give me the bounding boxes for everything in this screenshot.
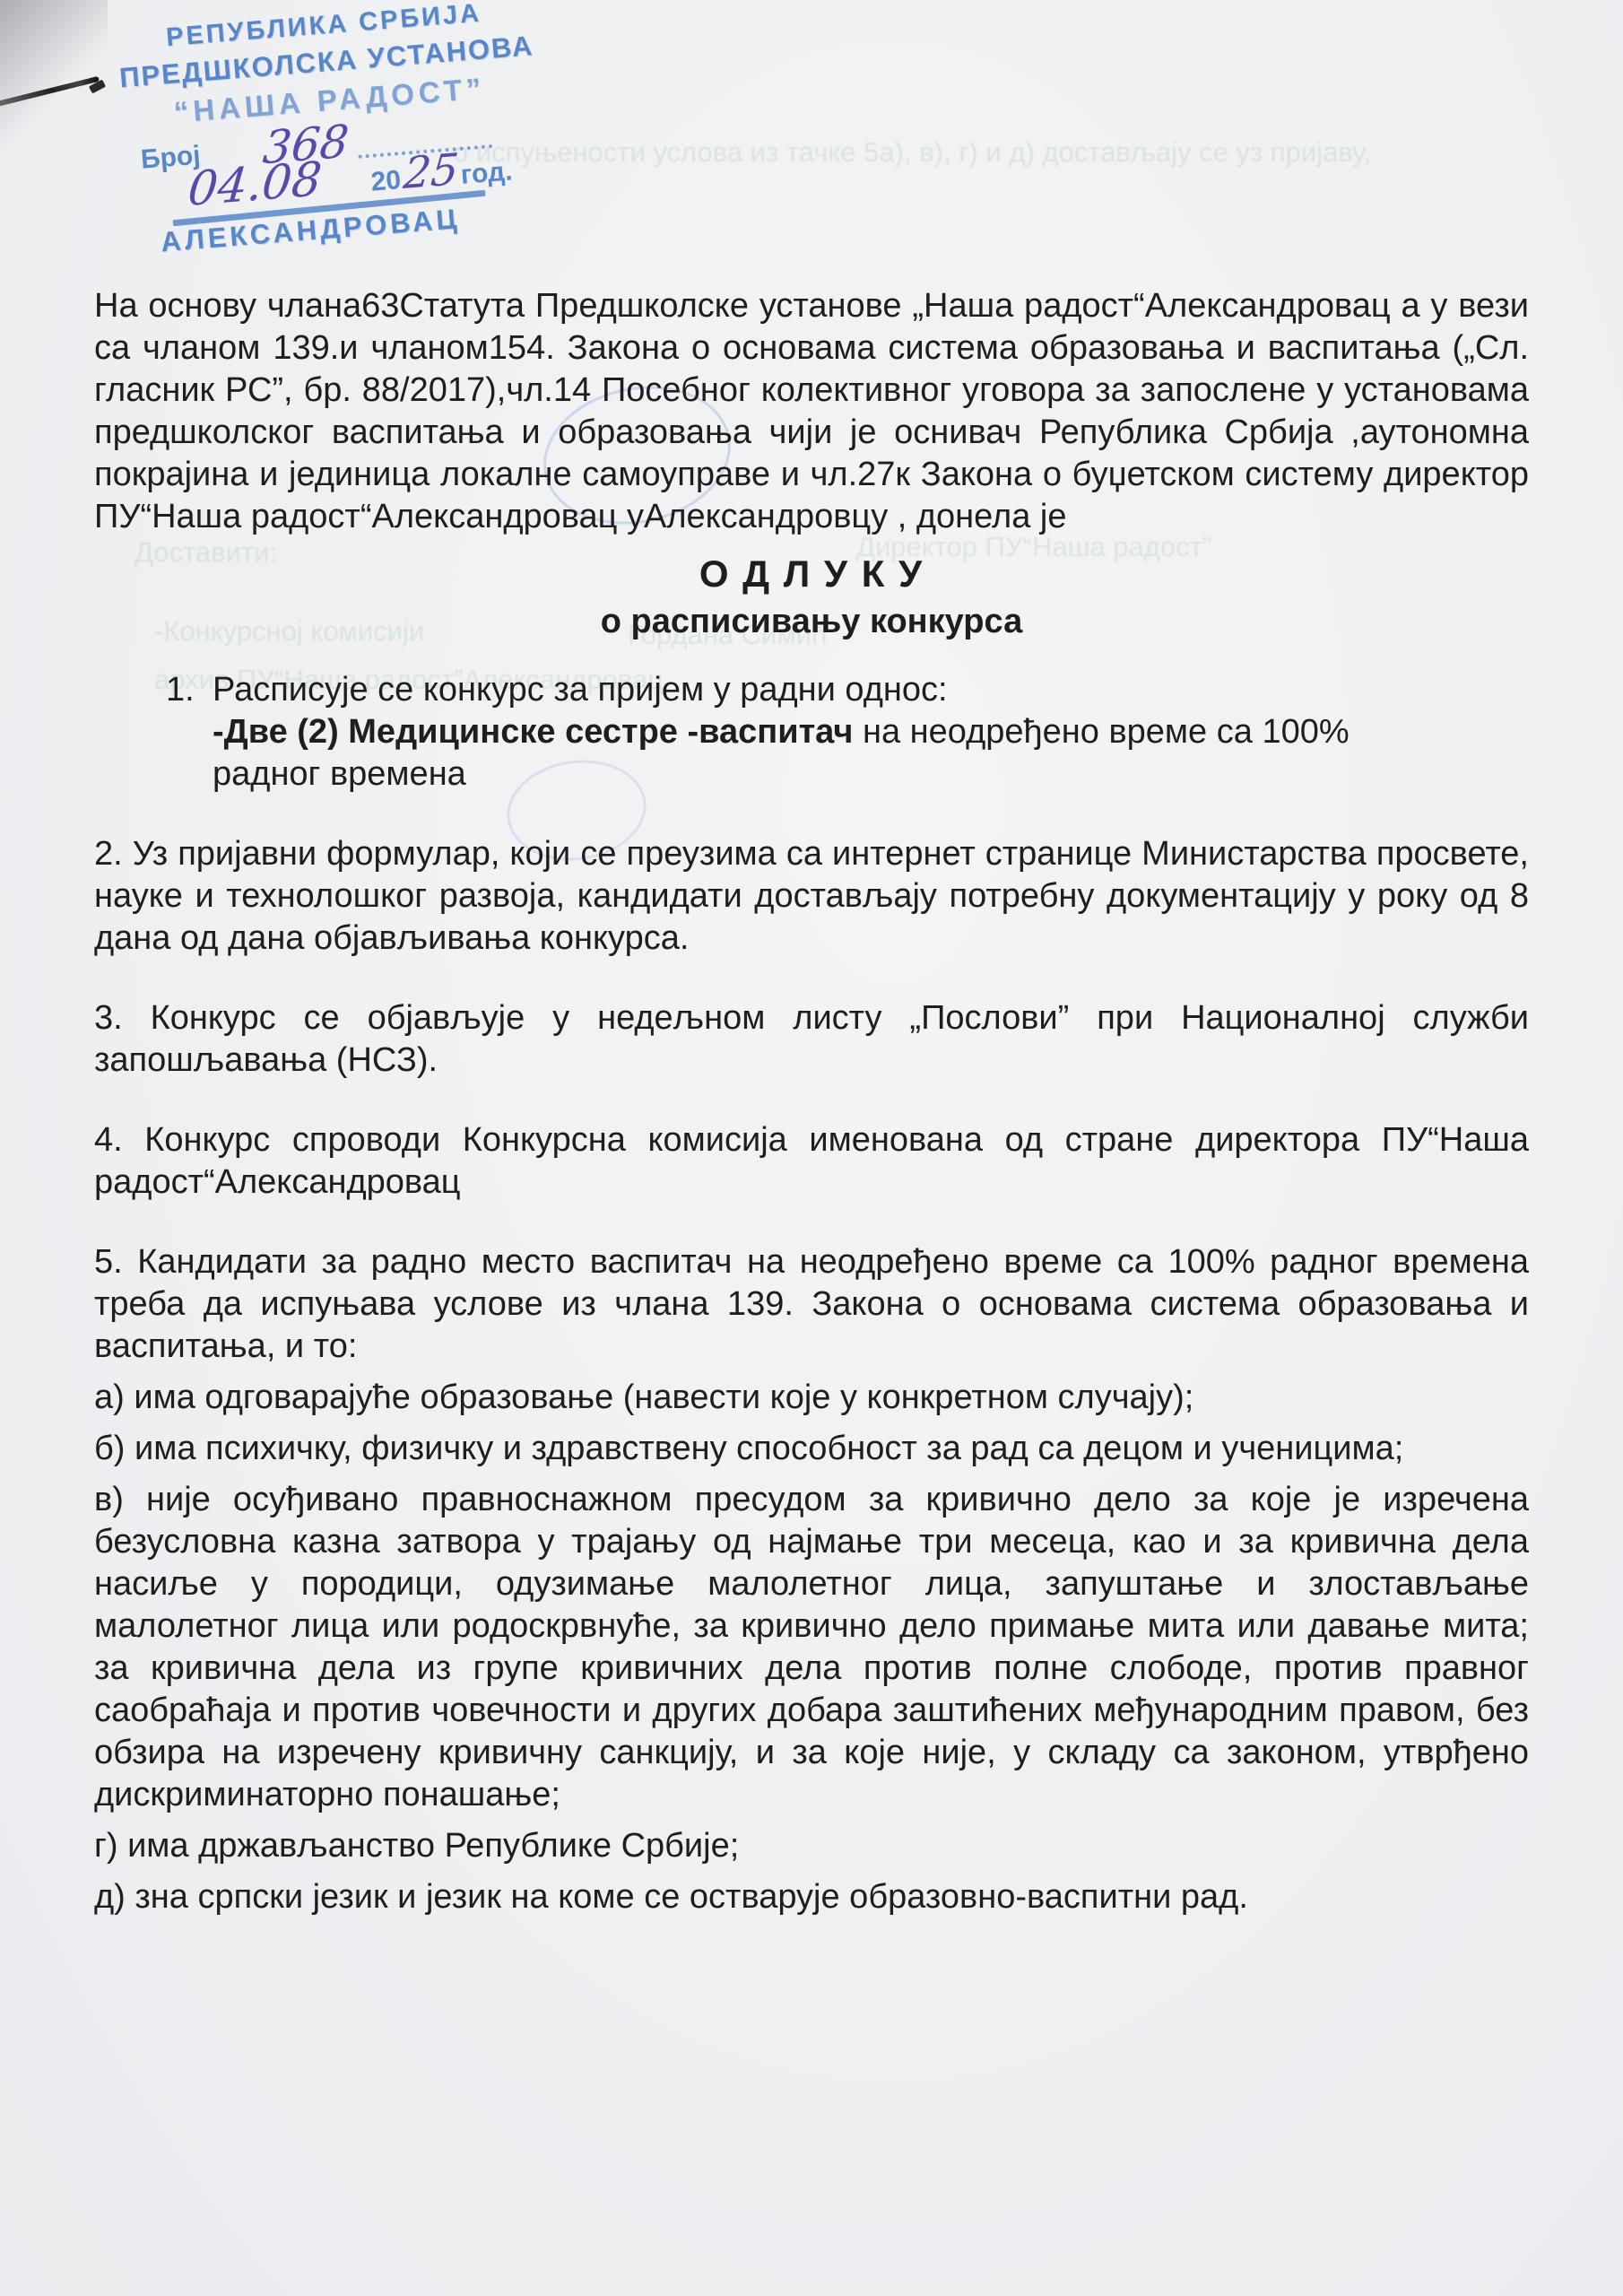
condition-g: г) има држављанство Републике Србије; [94,1825,1529,1867]
decision-item-5: 5. Кандидати за радно место васпитач на … [94,1241,1529,1368]
handwritten-year: 25 [403,152,461,192]
decision-item-2: 2. Уз пријавни формулар, који се преузим… [94,833,1529,960]
decision-item-4: 4. Конкурс спроводи Конкурсна комисија и… [94,1119,1529,1204]
scanned-document-page: о испуњености услова из тачке 5а), в), г… [0,0,1623,2296]
bleedthrough-text: о испуњености услова из тачке 5а), в), г… [453,136,1371,169]
handwritten-date: 04.08 [187,160,324,210]
stamp-year-prefix: 20 [369,165,402,198]
decision-item-1: 1. Расписује се конкурс за пријем у радн… [166,669,1529,796]
item-1-line1: Расписује се конкурс за пријем у радни о… [213,671,948,709]
decision-item-3: 3. Конкурс се објављује у недељном листу… [94,997,1529,1082]
decision-body: На основу члана63Статута Предшколске уст… [94,285,1529,1918]
condition-v: в) није осуђивано правноснажном пресудом… [94,1479,1529,1816]
condition-d: д) зна српски језик и језик на коме се о… [94,1876,1529,1918]
condition-a: а) има одговарајуће образовање (навести … [94,1377,1529,1419]
item-1-position-bold: -Две (2) Медицинске сестре -васпитач [213,713,853,751]
item-1-number: 1. [166,669,213,796]
decision-title: О Д Л У К У [94,549,1529,599]
intro-paragraph: На основу члана63Статута Предшколске уст… [94,285,1529,538]
decision-subtitle: о расписивању конкурса [94,599,1529,644]
institution-stamp: РЕПУБЛИКА СРБИЈА ПРЕДШКОЛСКА УСТАНОВА “Н… [82,0,583,264]
condition-b: б) има психичку, физичку и здравствену с… [94,1428,1529,1470]
item-1-text: Расписује се конкурс за пријем у радни о… [213,669,1454,796]
stamp-year-suffix: год. [460,156,514,190]
